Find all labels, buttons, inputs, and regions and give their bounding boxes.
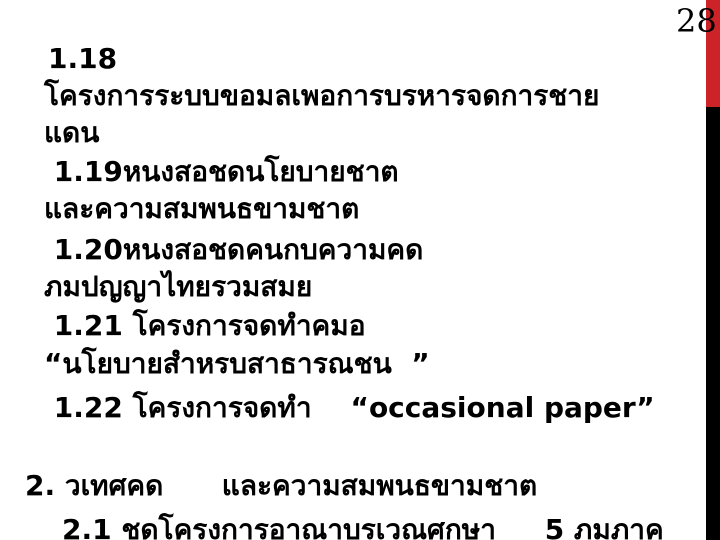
presentation-slide: 28 1.18 โครงการระบบขอมลเพอการบรหารจดการช… xyxy=(0,0,720,540)
item-1-19-line2: และความสมพนธขามชาต xyxy=(44,192,359,226)
right-bar-black-segment xyxy=(706,107,720,540)
item-1-18-number: 1.18 xyxy=(48,42,117,76)
item-1-19-line1: 1.19หนงสอชดนโยบายชาต xyxy=(44,155,399,189)
item-1-21-line2: “นโยบายสำหรบสาธารณชน ” xyxy=(44,347,430,381)
item-1-18-text-line2: แดน xyxy=(44,116,99,150)
slide-page-number: 28 xyxy=(676,4,717,39)
section-2-heading: 2. วเทศคด และความสมพนธขามชาต xyxy=(25,469,537,503)
right-edge-bar xyxy=(706,0,720,540)
item-1-20-line2: ภมปญญาไทยรวมสมย xyxy=(44,270,312,304)
item-1-22-line: 1.22 โครงการจดทำ “occasional paper” xyxy=(44,391,655,425)
item-1-20-line1: 1.20หนงสอชดคนกบความคด xyxy=(44,233,423,267)
item-1-18-text-line1: โครงการระบบขอมลเพอการบรหารจดการชาย xyxy=(44,79,599,113)
item-2-1-line-clipped: 2.1 ชดโครงการอาณาบรเวณศกษา 5 ภมภาค xyxy=(62,513,664,540)
item-1-21-line1: 1.21 โครงการจดทำคมอ xyxy=(44,309,366,343)
